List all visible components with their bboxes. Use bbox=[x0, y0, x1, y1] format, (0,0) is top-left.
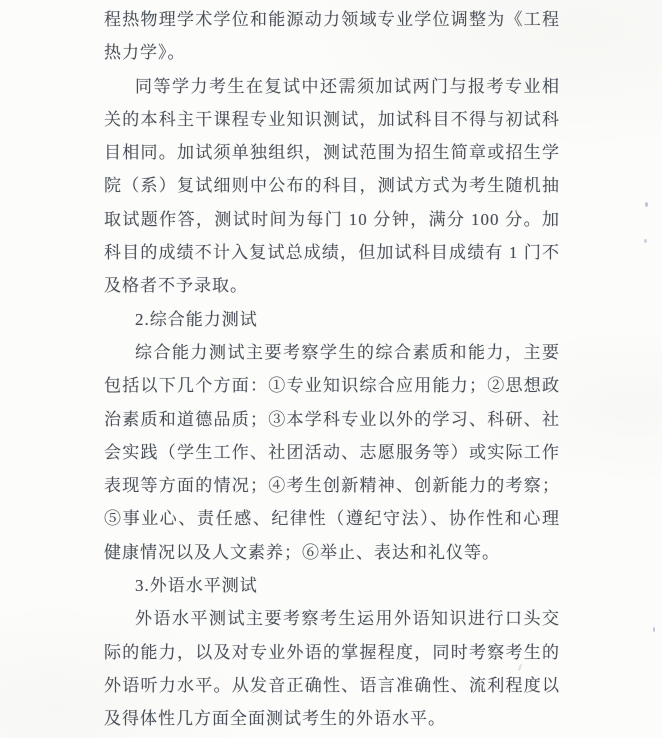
scan-artifact bbox=[653, 627, 655, 632]
document-text-block: 程热物理学术学位和能源动力领域专业学位调整为《工程 热力学》。 同等学力考生在复… bbox=[104, 3, 560, 736]
text-line: 表现等方面的情况；④考生创新精神、创新能力的考察； bbox=[104, 469, 560, 502]
scan-artifact bbox=[645, 202, 648, 207]
text-line: 及得体性几方面全面测试考生的外语水平。 bbox=[104, 702, 560, 735]
text-line: 同等学力考生在复试中还需须加试两门与报考专业相 bbox=[104, 70, 560, 103]
text-line: 包括以下几个方面：①专业知识综合应用能力；②思想政 bbox=[104, 369, 560, 402]
text-line: 外语听力水平。从发音正确性、语言准确性、流利程度以 bbox=[104, 669, 560, 702]
text-line: 综合能力测试主要考察学生的综合素质和能力，主要 bbox=[104, 336, 560, 369]
text-line: 关的本科主干课程专业知识测试，加试科目不得与初试科 bbox=[104, 103, 560, 136]
text-line: ⑤事业心、责任感、纪律性（遵纪守法）、协作性和心理 bbox=[104, 502, 560, 535]
text-line: 程热物理学术学位和能源动力领域专业学位调整为《工程 bbox=[104, 3, 560, 36]
text-line: 会实践（学生工作、社团活动、志愿服务等）或实际工作 bbox=[104, 436, 560, 469]
text-line: 目相同。加试须单独组织，测试范围为招生简章或招生学 bbox=[104, 136, 560, 169]
text-line: 及格者不予录取。 bbox=[104, 269, 560, 302]
text-line: 取试题作答，测试时间为每门 10 分钟，满分 100 分。加试 bbox=[104, 203, 560, 236]
text-line: 健康情况以及人文素养；⑥举止、表达和礼仪等。 bbox=[104, 536, 560, 569]
section-heading: 2.综合能力测试 bbox=[104, 303, 560, 336]
document-page: 程热物理学术学位和能源动力领域专业学位调整为《工程 热力学》。 同等学力考生在复… bbox=[0, 0, 662, 738]
text-line: 热力学》。 bbox=[104, 36, 560, 69]
text-line: 科目的成绩不计入复试总成绩，但加试科目成绩有 1 门不 bbox=[104, 236, 560, 269]
text-line: 外语水平测试主要考察考生运用外语知识进行口头交 bbox=[104, 602, 560, 635]
text-line: 际的能力，以及对专业外语的掌握程度，同时考察考生的 bbox=[104, 636, 560, 669]
text-line: 治素质和道德品质；③本学科专业以外的学习、科研、社 bbox=[104, 403, 560, 436]
text-line: 院（系）复试细则中公布的科目，测试方式为考生随机抽 bbox=[104, 169, 560, 202]
scan-artifact bbox=[644, 239, 647, 243]
section-heading: 3.外语水平测试 bbox=[104, 569, 560, 602]
